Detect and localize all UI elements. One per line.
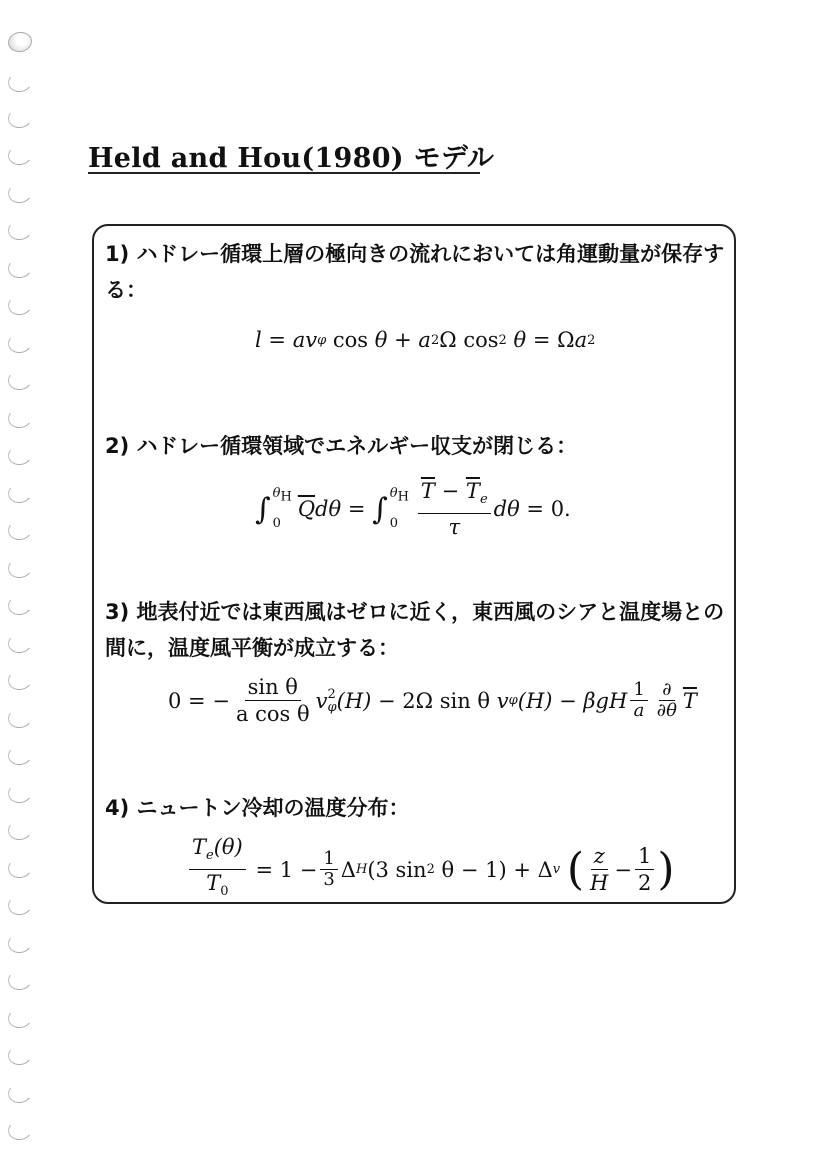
eq-sign: + [394,328,412,352]
binder-hole [6,818,33,842]
eq-term: − βgH [559,689,627,713]
eq-term: T [466,479,480,503]
eq-sup: 2 [499,333,507,348]
eq-term: 0 = [168,689,206,713]
binder-hole [6,481,33,505]
eq-term: a [293,328,306,352]
eq-term: − 2Ω sin θ [378,689,490,713]
numerator: Te(θ) [189,834,246,870]
eq-term: dθ [315,497,341,521]
eq-term: a [575,328,588,352]
item-4-label: 4) ニュートン冷却の温度分布： [105,790,725,826]
binder-hole [6,556,33,580]
denominator: ∂θ [654,701,680,721]
binder-hole [6,106,33,130]
eq-term: T [206,871,220,895]
eq-sign: − [442,479,460,503]
fraction: 12 [635,843,654,896]
denominator: 3 [320,870,337,890]
equation-energy-budget: ∫ θH0 Qdθ = ∫ θH0 T − Te τ dθ = 0. [255,478,571,540]
binder-hole [6,931,33,955]
binder-hole [6,70,33,94]
binder-hole [6,893,33,917]
binder-hole [6,1118,33,1142]
equation-newtonian-cooling: Te(θ) T0 = 1 − 13 ΔH(3 sin2 θ − 1) + Δv … [186,834,674,905]
binder-hole [6,743,33,767]
fraction: Te(θ) T0 [189,834,246,905]
item-2-label: 2) ハドレー循環領域でエネルギー収支が閉じる： [105,428,725,464]
eq-term: = 0. [526,497,570,521]
integral-sign: ∫ [255,492,271,527]
page-title: Held and Hou(1980) モデル [88,136,494,175]
eq-sub: φ [509,693,518,708]
eq-sub: e [206,848,214,863]
binder-hole [6,30,33,54]
eq-sub: e [480,492,488,507]
item-1-label: 1) ハドレー循環上層の極向きの流れにおいては角運動量が保存する： [105,236,725,308]
numerator: 1 [630,680,647,701]
binder-hole [6,443,33,467]
eq-term: a [418,328,431,352]
eq-term: θ − 1) + Δ [435,858,553,882]
binder-hole [6,181,33,205]
eq-sub: H [280,490,291,505]
equation-thermal-wind: 0 = − sin θ a cos θ v2φ(H) − 2Ω sin θ vφ… [168,674,697,727]
eq-sup: 2 [587,333,595,348]
eq-term: T [192,835,206,859]
fraction: 13 [320,849,337,890]
eq-term: T [421,479,435,503]
eq-term: τ [448,515,460,539]
item-3-label: 3) 地表付近では東西風はゼロに近く，東西風のシアと温度場との間に，温度風平衡が… [105,594,725,666]
eq-supsub: 2φ [328,688,337,714]
integral-limits: θH0 [273,487,292,531]
eq-term: Q [298,497,315,521]
eq-term: (H) [518,689,553,713]
eq-term: 0 [390,517,409,531]
denominator: 2 [635,870,654,896]
eq-func: cos [333,328,368,352]
eq-term: Ω [557,328,574,352]
eq-term: θ [375,328,388,352]
eq-term: (H) [337,689,372,713]
eq-sub: v [553,862,560,877]
eq-term: v [305,328,317,352]
paren-right: ) [657,848,674,892]
denominator: T0 [203,870,231,905]
eq-sign: = [348,497,366,521]
eq-term: v [316,689,328,713]
denominator: τ [445,514,463,540]
eq-sup: 2 [431,333,439,348]
numerator: sin θ [245,674,301,701]
binder-hole [6,1006,33,1030]
binder-hole [6,218,33,242]
numerator: ∂ [659,680,674,701]
binder-hole [6,143,33,167]
denominator: a [631,701,648,721]
binder-hole [6,856,33,880]
binder-hole [6,631,33,655]
denominator: H [587,870,611,896]
eq-term: dθ [494,497,520,521]
eq-term: v [497,689,509,713]
integral-limits: θH0 [390,487,409,531]
eq-sub: H [398,490,409,505]
title-underline [88,172,480,174]
numerator: 1 [635,843,654,870]
eq-term: θ [514,328,527,352]
numerator: T − Te [418,478,491,514]
fraction: T − Te τ [418,478,491,540]
numerator: 1 [320,849,337,870]
fraction: sin θ a cos θ [233,674,313,727]
binder-hole [6,1081,33,1105]
fraction: ∂∂θ [654,680,680,721]
binder-hole [6,331,33,355]
paren-left: ( [567,848,584,892]
eq-sign: = [533,328,551,352]
binder-hole [6,706,33,730]
binder-hole [6,368,33,392]
equation-angular-momentum: l = avφ cos θ + a2Ω cos2 θ = Ωa2 [255,328,595,352]
eq-sup: 2 [427,862,435,877]
eq-sup: 2 [328,688,337,701]
eq-sign: = [268,328,286,352]
eq-term: 0 [273,517,292,531]
binder-hole [6,668,33,692]
fraction: zH [587,843,611,896]
eq-sub: φ [328,701,337,714]
eq-func: cos [463,328,498,352]
eq-term: (3 sin [367,858,426,882]
integral-sign: ∫ [372,492,388,527]
eq-sign: − [212,689,230,713]
denominator: a cos θ [233,701,313,727]
eq-sign: − [614,858,632,882]
eq-term: = 1 − [255,858,317,882]
binder-hole [6,968,33,992]
binder-hole [6,593,33,617]
binder-hole [6,256,33,280]
binder-hole [6,781,33,805]
eq-term: Δ [341,858,356,882]
fraction: 1a [630,680,647,721]
eq-term: T [683,689,697,713]
binder-hole [6,293,33,317]
eq-term: (θ) [214,835,243,859]
eq-sub: φ [317,333,326,348]
eq-term: l [255,328,262,352]
eq-term: θ [390,486,398,501]
eq-term: Ω [439,328,456,352]
binder-hole [6,518,33,542]
numerator: z [591,843,608,870]
binder-holes [0,0,40,1167]
eq-sub: H [356,862,367,877]
binder-hole [6,406,33,430]
binder-hole [6,1043,33,1067]
eq-sub: 0 [220,884,228,899]
